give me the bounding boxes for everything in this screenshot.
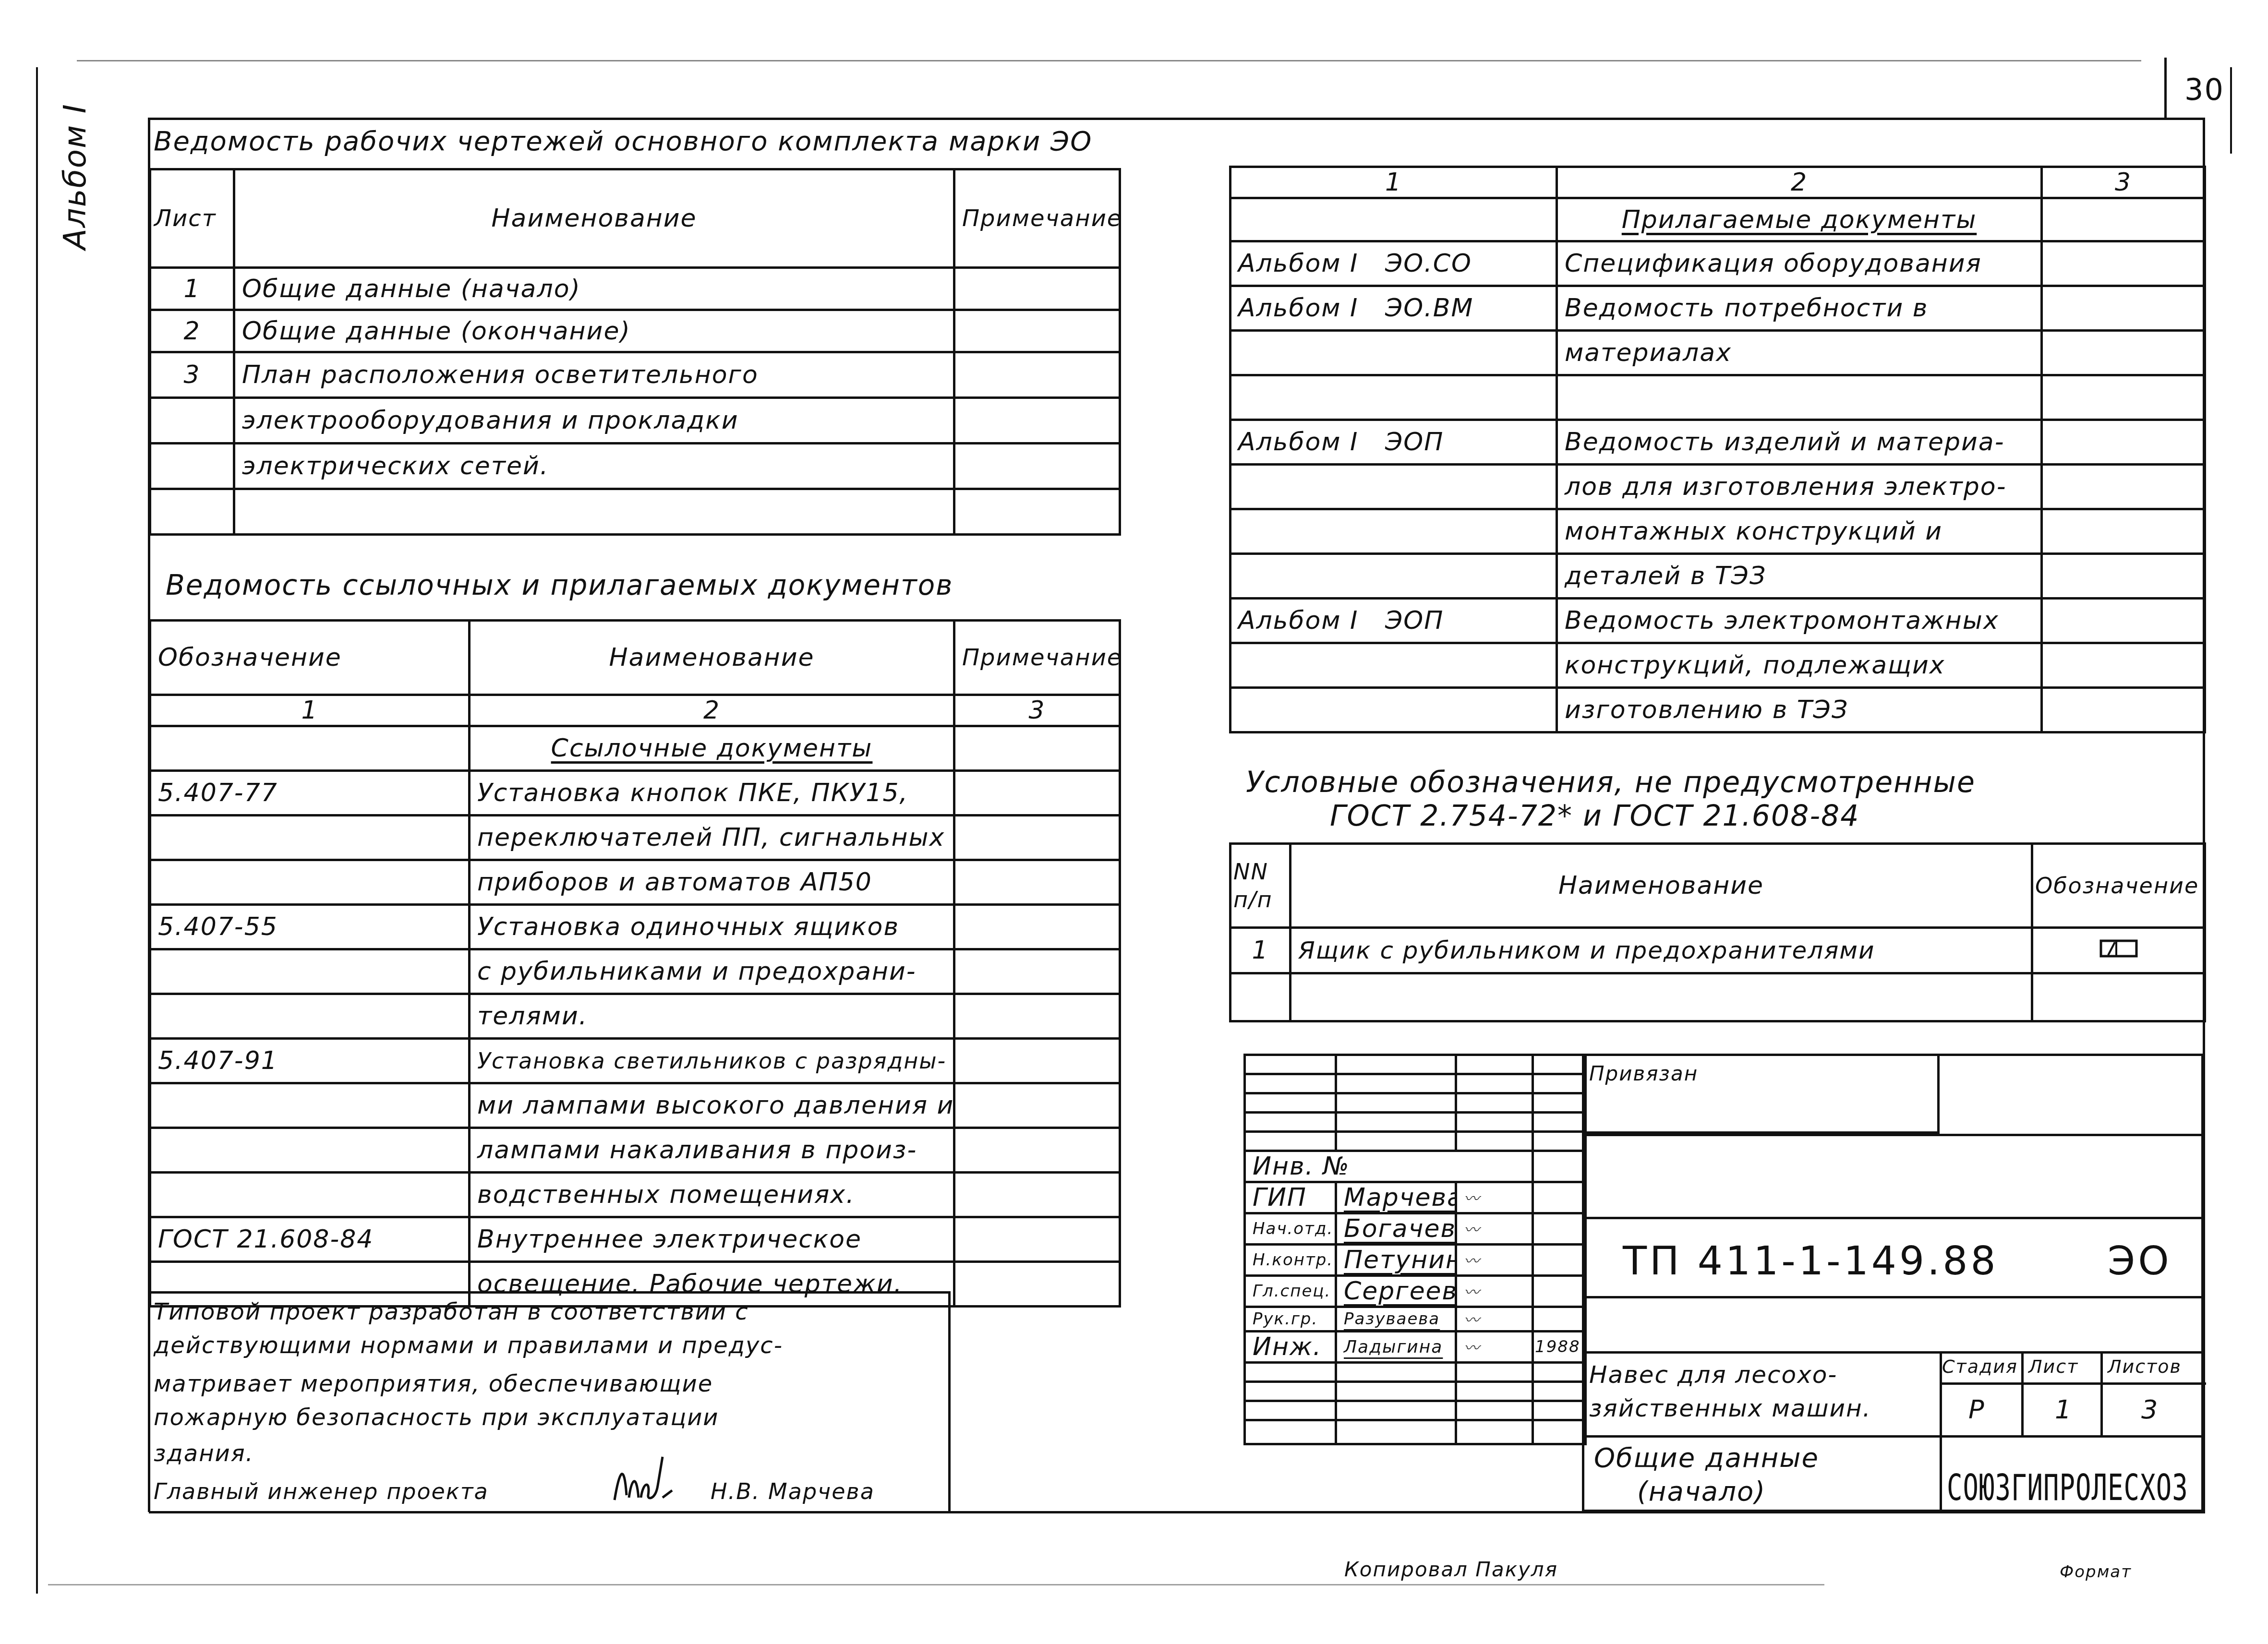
album-margin-label: Альбом I: [58, 103, 93, 250]
table-row: 5.407-91Установка светильников с разрядн…: [150, 1039, 1120, 1083]
header-designation: Обозначение: [150, 621, 470, 695]
table-row: 1 Ящик с рубильником и предохранителями: [1231, 928, 2205, 973]
table-row: переключателей ПП, сигнальных: [150, 816, 1120, 860]
staff-row: Гл.спец.Сергеева〰: [1245, 1276, 1586, 1307]
copied-by: Копировал Пакуля: [1344, 1558, 1558, 1581]
reference-documents-table: Обозначение Наименование Примечание 1 2 …: [149, 619, 1121, 1308]
object-name-line1: Навес для лесохо-: [1589, 1361, 1837, 1389]
signature-icon: 〰: [1456, 1245, 1533, 1276]
signature-icon: 〰: [1456, 1307, 1533, 1332]
title-block-main: Привязан ТП 411-1-149.88 ЭО Навес для ле…: [1582, 1054, 2204, 1512]
header-number: NN п/п: [1231, 844, 1291, 928]
sheets-value: 3: [2141, 1394, 2159, 1425]
staff-row: Нач.отд.Богачев〰: [1245, 1213, 1586, 1245]
table-row: лампами накаливания в произ-: [150, 1128, 1120, 1173]
table-row: 1 Общие данные (начало): [150, 268, 1120, 310]
reference-documents-title: Ведомость ссылочных и прилагаемых докуме…: [166, 569, 953, 601]
note-block: Типовой проект разработан в соответствии…: [149, 1291, 951, 1512]
table-row: монтажных конструкций и: [1231, 509, 2205, 554]
note-line: матривает мероприятия, обеспечивающие: [154, 1370, 713, 1397]
table-row: [150, 489, 1120, 535]
header-sheet: Лист: [150, 169, 234, 268]
signature-icon: 〰: [1456, 1182, 1533, 1213]
table-row: телями.: [150, 994, 1120, 1039]
header-name: Наименование: [470, 621, 954, 695]
stage-label: Стадия: [1942, 1356, 2018, 1377]
document-code: ТП 411-1-149.88: [1623, 1238, 1999, 1284]
staff-row: ГИПМарчева〰: [1245, 1182, 1586, 1213]
table-row: 5.407-77Установка кнопок ПКЕ, ПКУ15,: [150, 771, 1120, 816]
inner-frame-top: [149, 118, 2204, 120]
legend-title-line2: ГОСТ 2.754-72* и ГОСТ 21.608-84: [1330, 799, 1859, 833]
table-row: Альбом I ЭОПВедомость электромонтажных: [1231, 599, 2205, 643]
outer-frame-left: [36, 67, 38, 1594]
table-row: [1231, 375, 2205, 420]
chief-engineer-name: Н.В. Марчева: [711, 1478, 875, 1504]
note-line: действующими нормами и правилами и преду…: [154, 1332, 783, 1359]
table-row: 2 Общие данные (окончание): [150, 310, 1120, 352]
signature-icon: 〰: [1456, 1213, 1533, 1245]
outer-frame-bottom: [48, 1584, 1824, 1585]
note-line: Типовой проект разработан в соответствии…: [154, 1298, 749, 1325]
attached-documents-table: 1 2 3 Прилагаемые документы Альбом I ЭО.…: [1229, 166, 2206, 733]
legend-table: NN п/п Наименование Обозначение 1 Ящик с…: [1229, 842, 2206, 1022]
format-label: Формат: [2060, 1562, 2132, 1582]
table-row: ГОСТ 21.608-84Внутреннее электрическое: [150, 1217, 1120, 1262]
table-row: ми лампами высокого давления и: [150, 1083, 1120, 1128]
note-line: здания.: [154, 1440, 254, 1467]
signature-icon: 〰: [1456, 1276, 1533, 1307]
legend-title-line1: Условные обозначения, не предусмотренные: [1246, 766, 1976, 799]
table-row: Альбом I ЭО.СОСпецификация оборудования: [1231, 241, 2205, 286]
sheet-title-line2: (начало): [1637, 1476, 1766, 1507]
section-heading-attached: Прилагаемые документы: [1622, 205, 1977, 234]
table-row: Альбом I ЭО.ВМВедомость потребности в: [1231, 286, 2205, 331]
object-name-line2: зяйственных машин.: [1589, 1394, 1871, 1422]
table-row: деталей в ТЭЗ: [1231, 554, 2205, 599]
inventory-number-label: Инв. №: [1245, 1151, 1533, 1182]
section-heading-reference: Ссылочные документы: [551, 734, 873, 763]
table-row: с рубильниками и предохрани-: [150, 949, 1120, 994]
bound-label: Привязан: [1589, 1062, 1698, 1085]
sheet-number: 30: [2184, 72, 2224, 107]
table-row: 5.407-55Установка одиночных ящиков: [150, 905, 1120, 949]
header-note: Примечание: [954, 169, 1120, 268]
header-name: Наименование: [1291, 844, 2032, 928]
note-line: пожарную безопасность при эксплуатации: [154, 1404, 719, 1431]
sheets-label: Листов: [2108, 1356, 2182, 1377]
organization-name: СОЮЗГИПРОЛЕСХОЗ: [1947, 1466, 2188, 1509]
table-row: электрических сетей.: [150, 444, 1120, 489]
header-note: Примечание: [954, 621, 1120, 695]
signature-icon: 〰: [1456, 1332, 1533, 1363]
table-row: Альбом I ЭОПВедомость изделий и материа-: [1231, 420, 2205, 465]
table-row: водственных помещениях.: [150, 1173, 1120, 1217]
table-row: материалах: [1231, 331, 2205, 375]
table-row: электрооборудования и прокладки: [150, 398, 1120, 444]
table-row: 3 План расположения осветительного: [150, 352, 1120, 398]
signature-icon: [610, 1452, 687, 1510]
working-drawings-table: Лист Наименование Примечание 1 Общие дан…: [149, 168, 1121, 536]
chief-engineer-label: Главный инженер проекта: [154, 1478, 489, 1504]
table-row: лов для изготовления электро-: [1231, 465, 2205, 509]
outer-frame-top: [77, 60, 2141, 61]
sheet-title-line1: Общие данные: [1594, 1442, 1819, 1474]
switch-fuse-box-icon: [2099, 939, 2138, 959]
staff-row: Н.контр.Петунин〰: [1245, 1245, 1586, 1276]
sheet-number-box-left: [2164, 58, 2167, 120]
header-symbol: Обозначение: [2032, 844, 2205, 928]
staff-row: Рук.гр.Разуваева〰: [1245, 1307, 1586, 1332]
table-row: конструкций, подлежащих: [1231, 643, 2205, 688]
sheet-label: Лист: [2028, 1356, 2078, 1377]
table-row: приборов и автоматов АП50: [150, 860, 1120, 905]
sheet-number-box-right: [2230, 67, 2232, 154]
document-mark: ЭО: [2108, 1238, 2172, 1284]
stage-value: Р: [1968, 1394, 1985, 1425]
sheet-value: 1: [2055, 1394, 2072, 1425]
table-row: изготовлению в ТЭЗ: [1231, 688, 2205, 732]
working-drawings-title: Ведомость рабочих чертежей основного ком…: [154, 126, 1092, 157]
table-row: [1231, 973, 2205, 1021]
header-name: Наименование: [234, 169, 954, 268]
title-block-staff-table: Инв. № ГИПМарчева〰 Нач.отд.Богачев〰 Н.ко…: [1243, 1054, 1587, 1445]
staff-row: Инж.Ладыгина〰1988: [1245, 1332, 1586, 1363]
